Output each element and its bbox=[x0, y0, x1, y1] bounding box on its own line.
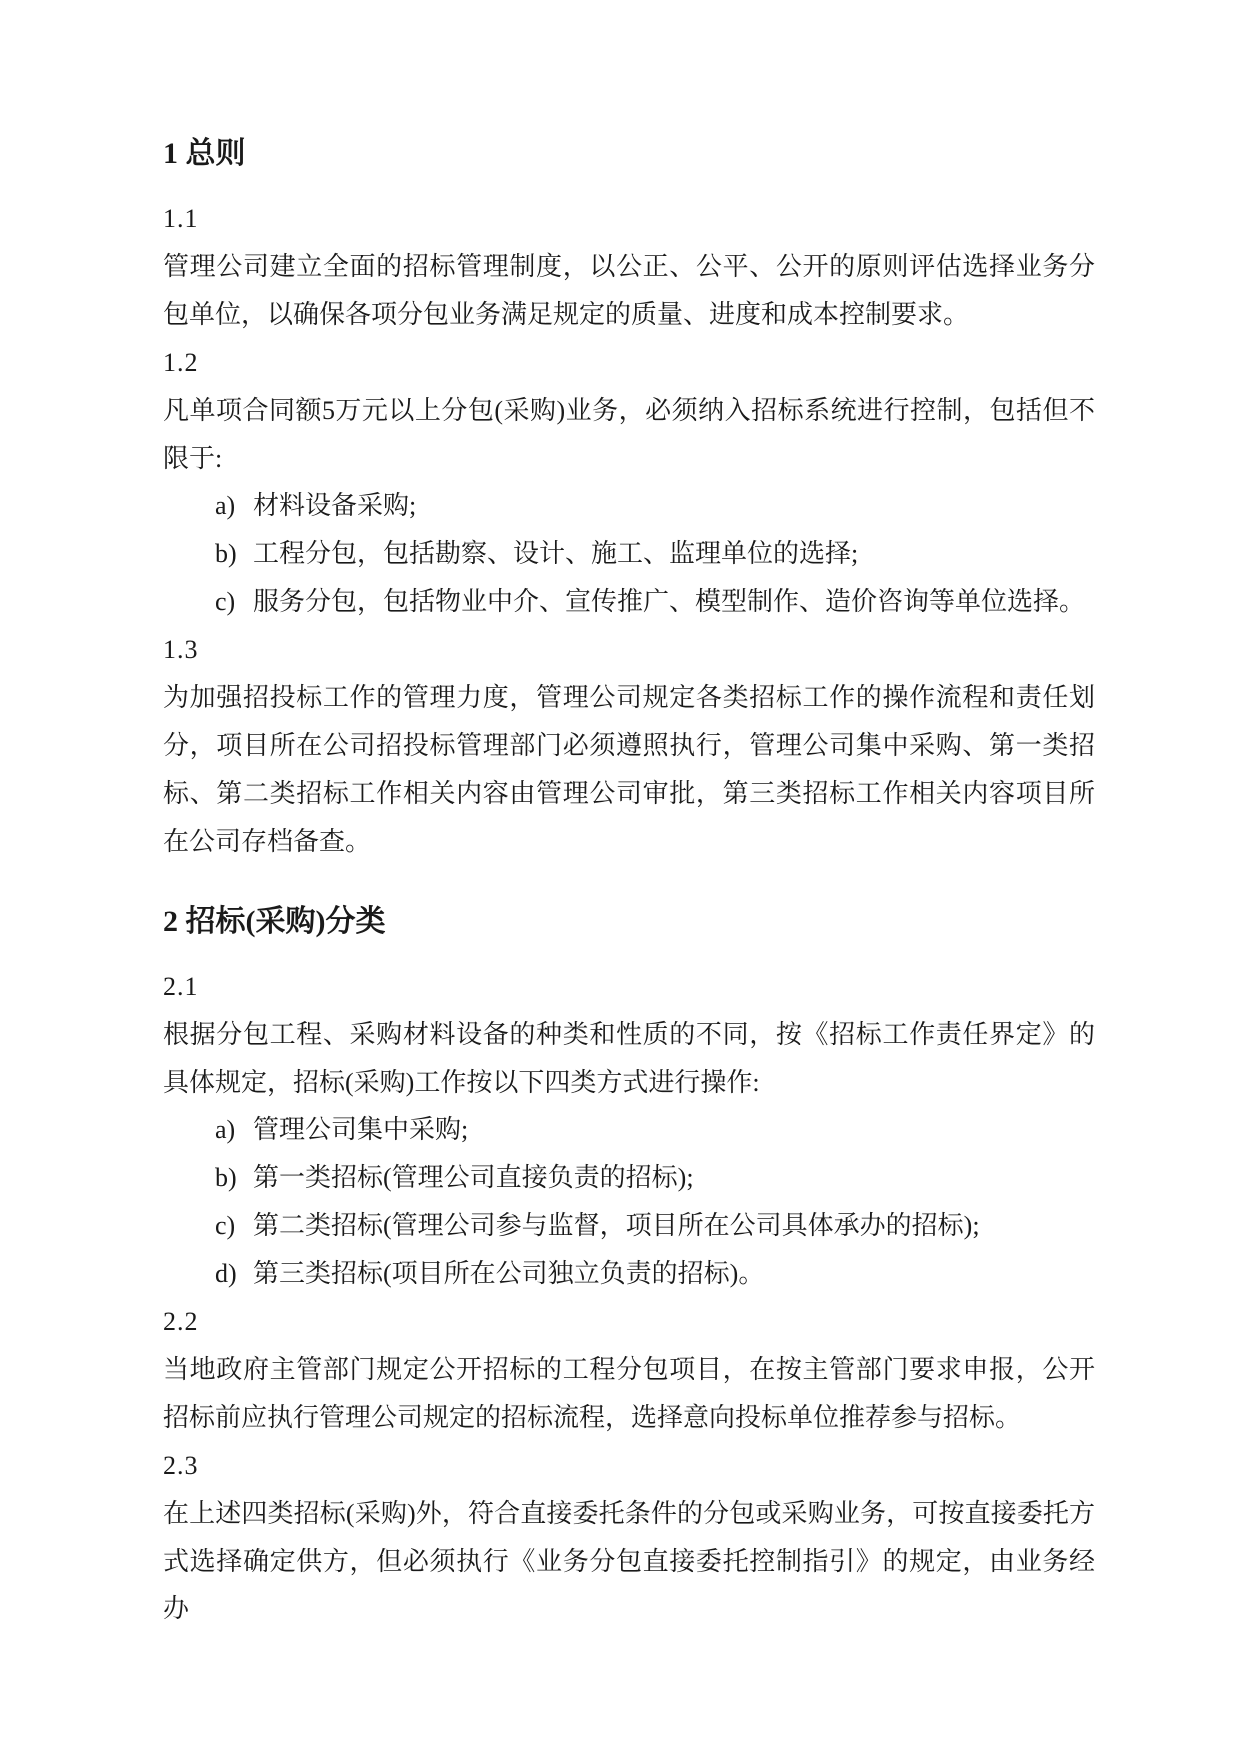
list-item: a)管理公司集中采购; bbox=[163, 1106, 1095, 1154]
list-item-text: 第二类招标(管理公司参与监督，项目所在公司具体承办的招标); bbox=[253, 1211, 980, 1240]
list-item: c)第二类招标(管理公司参与监督，项目所在公司具体承办的招标); bbox=[163, 1202, 1095, 1250]
list-item-marker: a) bbox=[215, 1106, 253, 1154]
section-bidding-classification: 2 招标(采购)分类 2.1 根据分包工程、采购材料设备的种类和性质的不同，按《… bbox=[163, 898, 1095, 1634]
clause-number: 2.3 bbox=[163, 1442, 1095, 1490]
clause-paragraph: 管理公司建立全面的招标管理制度，以公正、公平、公开的原则评估选择业务分包单位，以… bbox=[163, 243, 1095, 339]
list-item-marker: b) bbox=[215, 1154, 253, 1202]
clause-paragraph: 在上述四类招标(采购)外，符合直接委托条件的分包或采购业务，可按直接委托方式选择… bbox=[163, 1490, 1095, 1634]
clause-paragraph: 当地政府主管部门规定公开招标的工程分包项目，在按主管部门要求申报，公开招标前应执… bbox=[163, 1346, 1095, 1442]
section-heading: 2 招标(采购)分类 bbox=[163, 898, 1095, 946]
list-item-marker: d) bbox=[215, 1250, 253, 1298]
section-heading: 1 总则 bbox=[163, 130, 1095, 178]
list-item: a)材料设备采购; bbox=[163, 482, 1095, 530]
list-item-marker: c) bbox=[215, 1202, 253, 1250]
clause-number: 1.3 bbox=[163, 626, 1095, 674]
list-item-text: 服务分包，包括物业中介、宣传推广、模型制作、造价咨询等单位选择。 bbox=[253, 587, 1085, 616]
list-item-marker: c) bbox=[215, 578, 253, 626]
list-item-marker: a) bbox=[215, 482, 253, 530]
list-item-text: 管理公司集中采购; bbox=[253, 1115, 468, 1144]
list-item-text: 工程分包，包括勘察、设计、施工、监理单位的选择; bbox=[253, 539, 858, 568]
clause-number: 1.1 bbox=[163, 195, 1095, 243]
list-item: b)工程分包，包括勘察、设计、施工、监理单位的选择; bbox=[163, 530, 1095, 578]
clause-number: 2.1 bbox=[163, 963, 1095, 1011]
list-item-marker: b) bbox=[215, 530, 253, 578]
clause-number: 2.2 bbox=[163, 1298, 1095, 1346]
clause-paragraph: 为加强招投标工作的管理力度，管理公司规定各类招标工作的操作流程和责任划分，项目所… bbox=[163, 674, 1095, 866]
clause-paragraph: 凡单项合同额5万元以上分包(采购)业务，必须纳入招标系统进行控制，包括但不限于: bbox=[163, 387, 1095, 483]
list-item-text: 第三类招标(项目所在公司独立负责的招标)。 bbox=[253, 1259, 764, 1288]
list-item-text: 材料设备采购; bbox=[253, 491, 416, 520]
list-item: c)服务分包，包括物业中介、宣传推广、模型制作、造价咨询等单位选择。 bbox=[163, 578, 1095, 626]
section-general-provisions: 1 总则 1.1 管理公司建立全面的招标管理制度，以公正、公平、公开的原则评估选… bbox=[163, 130, 1095, 866]
list-item: d)第三类招标(项目所在公司独立负责的招标)。 bbox=[163, 1250, 1095, 1298]
document-page: 1 总则 1.1 管理公司建立全面的招标管理制度，以公正、公平、公开的原则评估选… bbox=[0, 0, 1241, 1754]
list-item: b)第一类招标(管理公司直接负责的招标); bbox=[163, 1154, 1095, 1202]
list-item-text: 第一类招标(管理公司直接负责的招标); bbox=[253, 1163, 694, 1192]
clause-number: 1.2 bbox=[163, 339, 1095, 387]
clause-paragraph: 根据分包工程、采购材料设备的种类和性质的不同，按《招标工作责任界定》的具体规定，… bbox=[163, 1011, 1095, 1107]
